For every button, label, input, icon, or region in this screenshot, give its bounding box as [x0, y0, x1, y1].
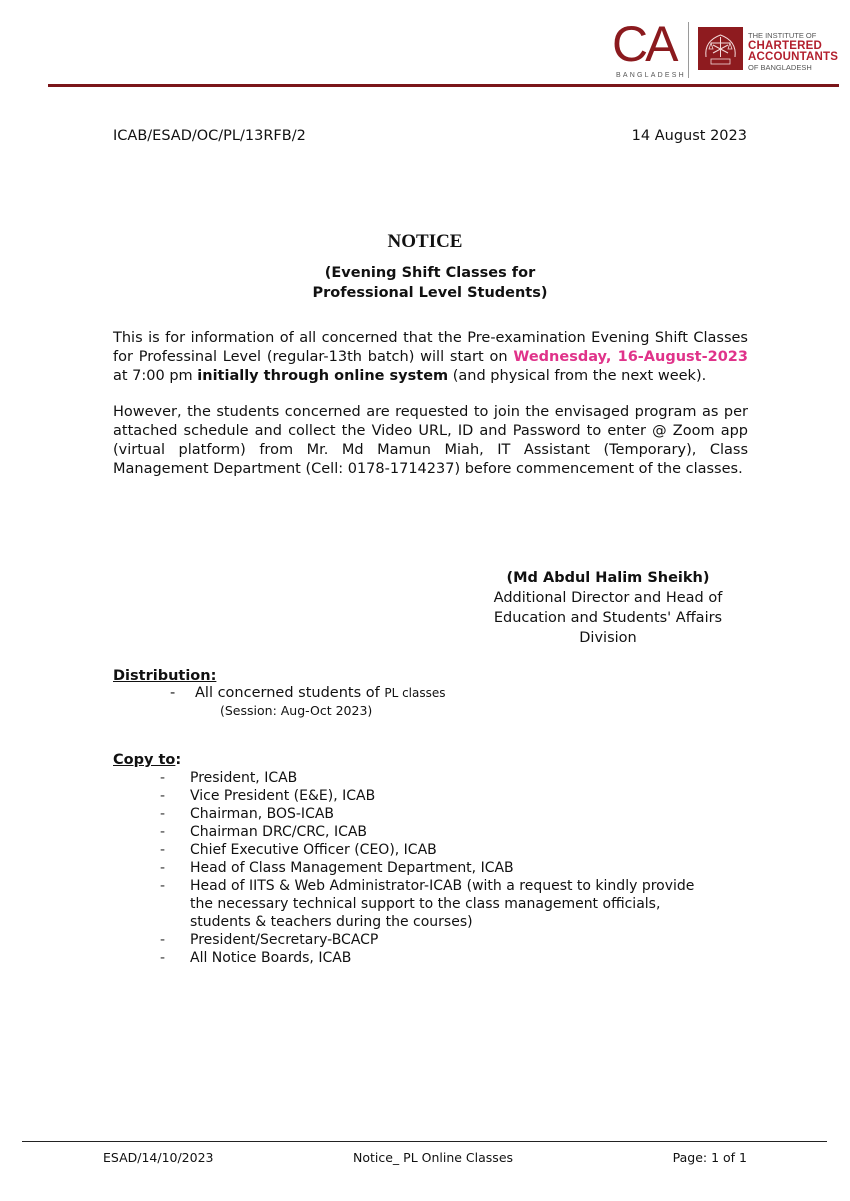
copy-to-item: -President/Secretary-BCACP	[160, 931, 720, 949]
distribution-session: (Session: Aug-Oct 2023)	[220, 703, 372, 718]
icab-seal-icon	[698, 27, 743, 70]
online-system-bold: initially through online system	[197, 368, 448, 384]
ca-logo-letters: CA	[612, 16, 675, 72]
dash-bullet: -	[160, 859, 190, 877]
notice-title: NOTICE	[0, 231, 850, 253]
institute-line1: THE INSTITUTE OF	[748, 32, 838, 40]
dash-bullet: -	[160, 769, 190, 787]
dash-bullet: -	[160, 841, 190, 859]
copy-to-item-text: Head of IITS & Web Administrator-ICAB (w…	[190, 877, 720, 931]
copy-to-item-text: All Notice Boards, ICAB	[190, 949, 720, 967]
copy-to-item: -Chief Executive Officer (CEO), ICAB	[160, 841, 720, 859]
distribution-item: -All concerned students of PL classes	[170, 685, 446, 702]
institute-line3: ACCOUNTANTS	[748, 52, 838, 64]
signature-block: (Md Abdul Halim Sheikh) Additional Direc…	[466, 568, 750, 648]
dash-bullet: -	[160, 805, 190, 823]
dash-bullet: -	[170, 685, 195, 702]
subtitle-line2: Professional Level Students)	[0, 283, 850, 303]
reference-number: ICAB/ESAD/OC/PL/13RFB/2	[113, 128, 306, 144]
copy-to-item: -President, ICAB	[160, 769, 720, 787]
signatory-designation-2: Education and Students' Affairs Division	[466, 608, 750, 648]
paragraph-2: However, the students concerned are requ…	[113, 403, 748, 479]
distribution-heading: Distribution:	[113, 668, 216, 684]
dash-bullet: -	[160, 823, 190, 841]
copy-to-item: -Chairman DRC/CRC, ICAB	[160, 823, 720, 841]
paragraph-1-part2: at 7:00 pm	[113, 368, 197, 384]
copy-to-item-text: Vice President (E&E), ICAB	[190, 787, 720, 805]
notice-date: 14 August 2023	[632, 128, 747, 144]
signatory-name: (Md Abdul Halim Sheikh)	[466, 568, 750, 588]
copy-to-item-text: Chairman, BOS-ICAB	[190, 805, 720, 823]
dash-bullet: -	[160, 787, 190, 805]
copy-to-item-text: Head of Class Management Department, ICA…	[190, 859, 720, 877]
start-date-highlight: Wednesday, 16-August-2023	[513, 349, 748, 365]
paragraph-1-part3: (and physical from the next week).	[448, 368, 706, 384]
copy-to-heading: Copy to:	[113, 752, 181, 768]
copy-to-item: -Head of Class Management Department, IC…	[160, 859, 720, 877]
header-rule	[48, 84, 839, 87]
dash-bullet: -	[160, 877, 190, 931]
copy-to-heading-text: Copy to	[113, 752, 175, 768]
copy-to-item: -Chairman, BOS-ICAB	[160, 805, 720, 823]
institute-name: THE INSTITUTE OF CHARTERED ACCOUNTANTS O…	[748, 32, 838, 71]
copy-to-heading-colon: :	[175, 752, 181, 768]
copy-to-item-text: President, ICAB	[190, 769, 720, 787]
notice-subtitle: (Evening Shift Classes for Professional …	[0, 263, 850, 303]
distribution-item-main: All concerned students of	[195, 685, 384, 701]
copy-to-item-text: Chief Executive Officer (CEO), ICAB	[190, 841, 720, 859]
distribution-item-small: PL classes	[384, 686, 445, 700]
footer-rule	[22, 1141, 827, 1142]
copy-to-item: -All Notice Boards, ICAB	[160, 949, 720, 967]
footer-page-number: Page: 1 of 1	[673, 1150, 747, 1165]
institute-line4: OF BANGLADESH	[748, 64, 838, 72]
copy-to-item-text: Chairman DRC/CRC, ICAB	[190, 823, 720, 841]
footer-document-title: Notice_ PL Online Classes	[353, 1150, 513, 1165]
dash-bullet: -	[160, 949, 190, 967]
dash-bullet: -	[160, 931, 190, 949]
copy-to-item: -Head of IITS & Web Administrator-ICAB (…	[160, 877, 720, 931]
copy-to-item-text: President/Secretary-BCACP	[190, 931, 720, 949]
copy-to-list: -President, ICAB-Vice President (E&E), I…	[160, 769, 720, 967]
signatory-designation-1: Additional Director and Head of	[466, 588, 750, 608]
copy-to-item: -Vice President (E&E), ICAB	[160, 787, 720, 805]
subtitle-line1: (Evening Shift Classes for	[0, 263, 850, 283]
footer-document-code: ESAD/14/10/2023	[103, 1150, 214, 1165]
ca-bangladesh-logo: CA BANGLADESH	[610, 22, 688, 82]
paragraph-1: This is for information of all concerned…	[113, 329, 748, 386]
ca-logo-subtitle: BANGLADESH	[616, 72, 686, 79]
logo-divider	[688, 22, 689, 78]
